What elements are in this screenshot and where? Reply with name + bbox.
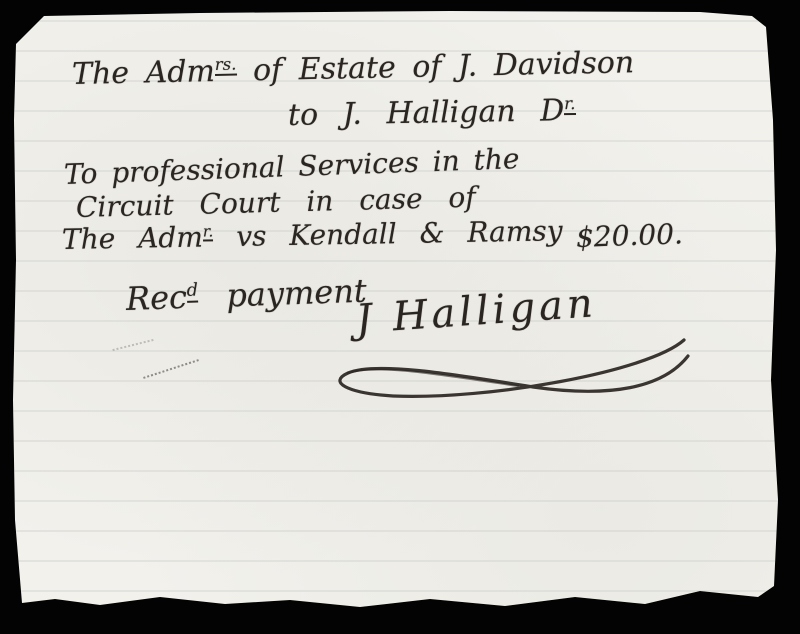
- scanned-document: The Admrs. of Estate of J. Davidson to J…: [0, 0, 800, 634]
- signature-flourish: [318, 330, 698, 410]
- amount-value: $20.00.: [575, 217, 683, 254]
- superscript-r-dr: r.: [564, 96, 576, 115]
- received-rest: payment: [198, 272, 368, 316]
- superscript-rs: rs.: [215, 57, 237, 76]
- header-line-creditor-text: to J. Halligan D: [288, 93, 565, 133]
- superscript-d: d: [186, 283, 198, 303]
- header-line-debtor-text: The Adm: [72, 54, 216, 92]
- case-parties-rest: vs Kendall & Ramsy: [213, 214, 563, 253]
- received-text: Rec: [125, 278, 187, 318]
- case-parties-text: The Adm: [62, 221, 203, 256]
- header-line-creditor: to J. Halligan Dr.: [288, 93, 576, 133]
